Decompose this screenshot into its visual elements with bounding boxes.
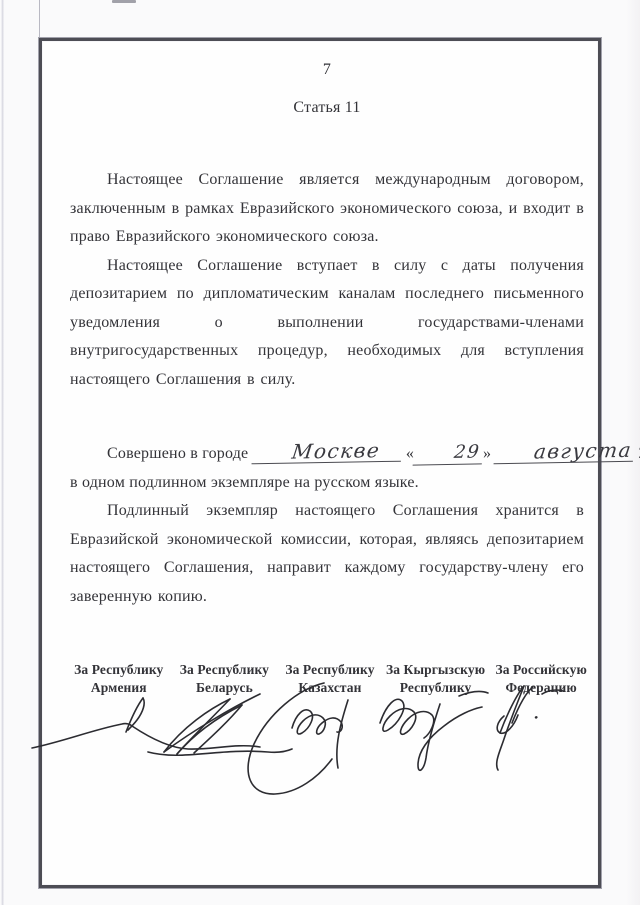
article-heading: Статья 11 (70, 94, 584, 123)
document-content: 7 Статья 11 Настоящее Соглашение являетс… (42, 41, 598, 696)
signatory-kyrgyzstan-line1: За Кыргызскую (383, 661, 489, 679)
execution-clause: Совершено в городе Москве «29» августа 2… (70, 440, 584, 497)
execution-word-2: в (190, 445, 198, 462)
signatory-kazakhstan-line1: За Республику (277, 661, 383, 679)
day-group: «29» (406, 445, 491, 462)
execution-date-line: Совершено в городе Москве «29» августа 2… (70, 440, 584, 469)
right-guillemet: » (483, 445, 491, 462)
handwritten-day: 29 (413, 442, 485, 465)
paragraph-depositary: Подлинный экземпляр настоящего Соглашени… (70, 497, 584, 611)
scan-artifact-corner-line (39, 0, 40, 40)
handwritten-city: Москве (251, 440, 403, 465)
signatory-armenia-line1: За Республику (66, 661, 172, 679)
execution-word-3: городе (202, 445, 248, 462)
handwritten-month: августа (494, 440, 636, 464)
signature-kazakhstan (248, 683, 348, 794)
signatory-belarus-line1: За Республику (172, 661, 278, 679)
signatory-russia-line1: За Российскую (488, 661, 594, 679)
page-number: 7 (70, 56, 584, 85)
signature-kyrgyzstan (380, 692, 488, 771)
signatures-canvas (30, 682, 610, 812)
scan-left-edge (1, 0, 4, 905)
execution-copy-line: в одном подлинном экземпляре на русском … (70, 469, 584, 498)
scan-artifact-top-tick (112, 0, 136, 3)
execution-word-1: Совершено (107, 445, 186, 462)
signature-belarus (148, 694, 292, 755)
paragraph-treaty-status: Настоящее Соглашение является международ… (70, 166, 584, 252)
signature-russia (497, 686, 563, 770)
paragraph-entry-into-force: Настоящее Соглашение вступает в силу с д… (70, 252, 584, 395)
